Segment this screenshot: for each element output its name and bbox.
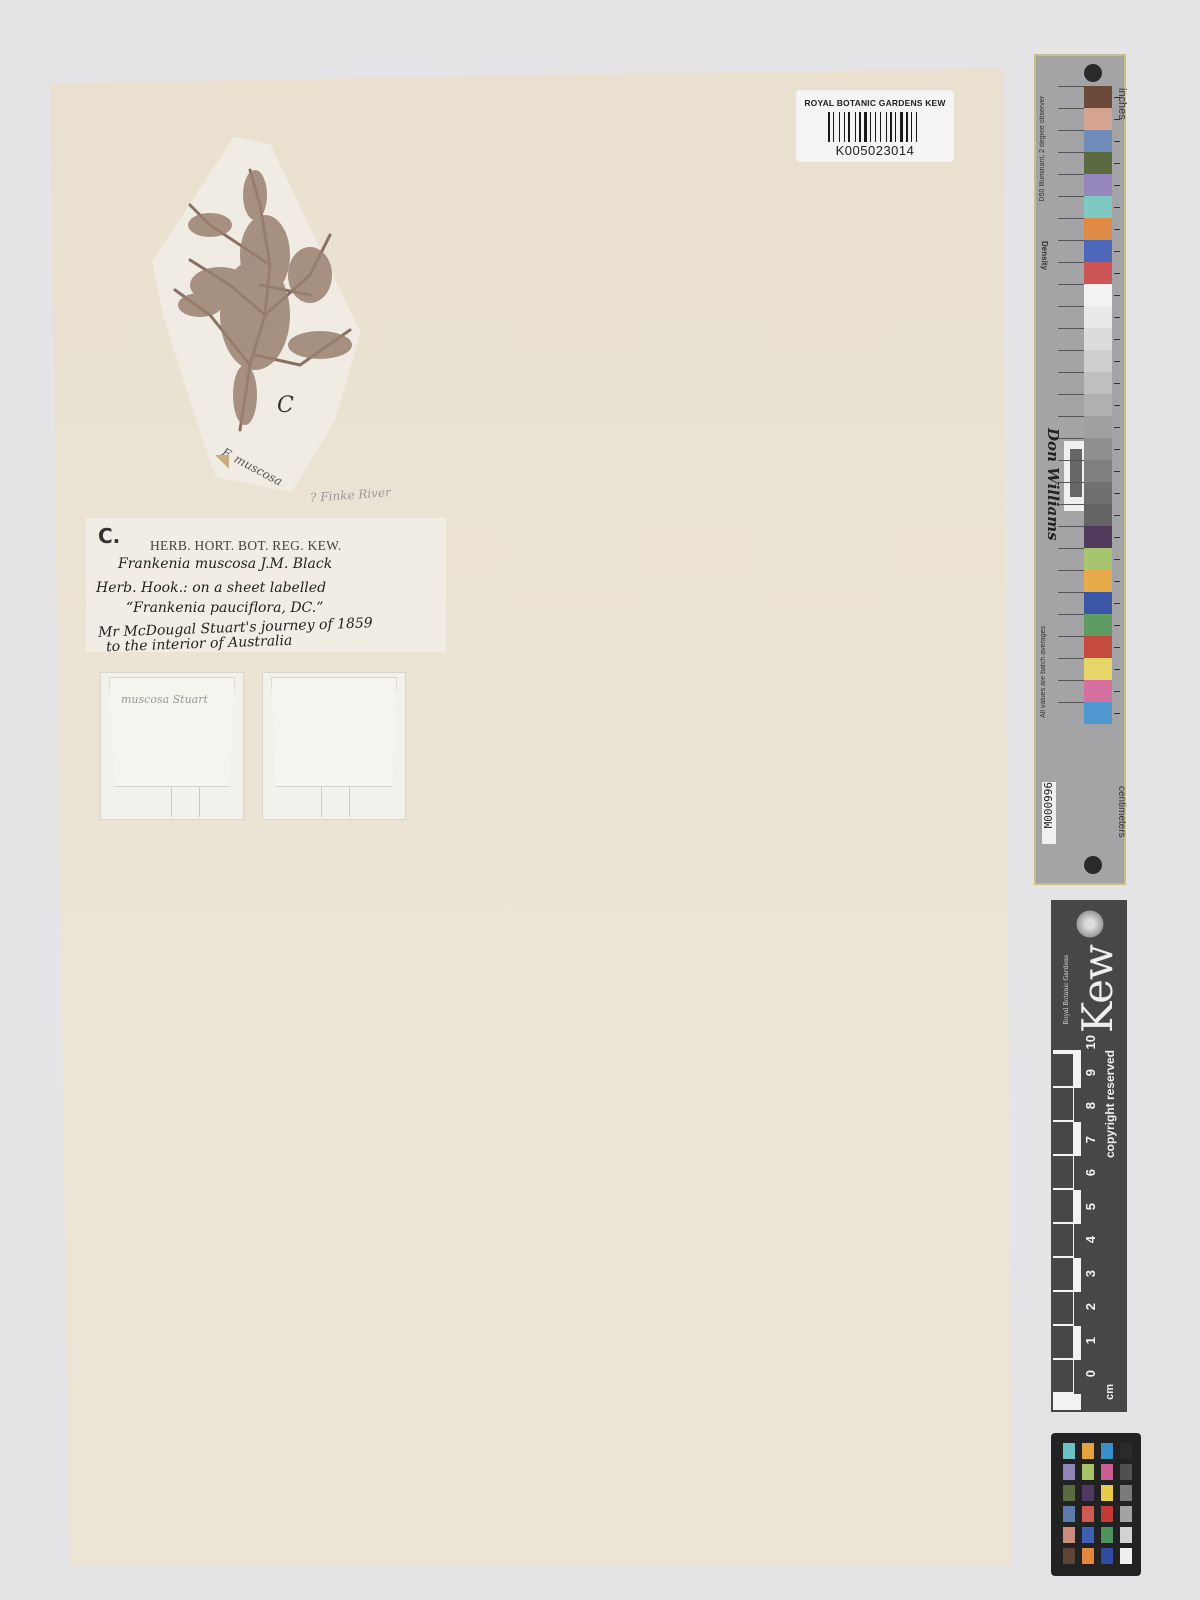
- ruler-tick: [1114, 295, 1120, 296]
- scale-block: [1074, 1360, 1081, 1394]
- ruler-grid-row: [1058, 306, 1084, 329]
- ruler-grid-row: [1058, 438, 1084, 461]
- checker-patch: [1101, 1485, 1113, 1501]
- colour-swatch: [1084, 174, 1112, 196]
- colour-swatch: [1084, 284, 1112, 306]
- packet-note: muscosa Stuart: [121, 693, 208, 706]
- checker-patch: [1101, 1506, 1113, 1522]
- ruler-hole: [1084, 856, 1102, 874]
- ruler-grid-row: [1058, 460, 1084, 483]
- ruler-grid-row: [1058, 702, 1084, 725]
- scale-number: 8: [1083, 1102, 1098, 1109]
- ruler-tick: [1114, 493, 1120, 494]
- ruler-grid-row: [1058, 196, 1084, 219]
- ruler-grid-row: [1058, 372, 1084, 395]
- colour-swatch: [1084, 680, 1112, 702]
- ruler-grid-row: [1058, 394, 1084, 417]
- cm-scale: [1053, 1050, 1081, 1410]
- scale-block: [1053, 1360, 1073, 1392]
- checker-patch: [1082, 1464, 1094, 1480]
- ruler-tick: [1114, 141, 1120, 142]
- scale-number: 7: [1083, 1136, 1098, 1143]
- ruler-grid-row: [1058, 504, 1084, 527]
- label-line: Frankenia muscosa J.M. Black: [118, 556, 332, 572]
- institution-name: ROYAL BOTANIC GARDENS KEW: [796, 98, 954, 108]
- ruler-grid-row: [1058, 328, 1084, 351]
- scale-block: [1053, 1258, 1073, 1290]
- ruler-tick: [1114, 251, 1120, 252]
- scale-block: [1053, 1224, 1073, 1256]
- label-header: HERB. HORT. BOT. REG. KEW.: [150, 538, 342, 554]
- scale-block: [1053, 1054, 1073, 1086]
- colour-swatch: [1084, 592, 1112, 614]
- fragment-packet[interactable]: [262, 672, 406, 820]
- kew-logo: Kew: [1073, 945, 1122, 1033]
- barcode-label: ROYAL BOTANIC GARDENS KEW K005023014: [796, 90, 954, 162]
- colour-ruler: inches centimeters D50 Illuminant, 2 deg…: [1034, 54, 1126, 885]
- ruler-tick: [1114, 559, 1120, 560]
- ruler-tick: [1114, 449, 1120, 450]
- scale-block: [1053, 1156, 1073, 1188]
- ruler-grid-row: [1058, 240, 1084, 263]
- colour-swatch: [1084, 394, 1112, 416]
- ruler-grid-row: [1058, 152, 1084, 175]
- colour-swatch: [1084, 152, 1112, 174]
- inches-label: inches: [1116, 88, 1128, 120]
- checker-patch: [1082, 1443, 1094, 1459]
- ruler-grid-row: [1058, 350, 1084, 373]
- packet-fold: [171, 787, 172, 817]
- scale-block: [1053, 1122, 1073, 1154]
- observer-note: D50 Illuminant, 2 degree observer: [1039, 96, 1046, 201]
- checker-patch: [1120, 1443, 1132, 1459]
- ruler-grid-row: [1058, 218, 1084, 241]
- checker-patch: [1063, 1485, 1075, 1501]
- ruler-tick: [1114, 581, 1120, 582]
- ruler-tick: [1114, 669, 1120, 670]
- plant-specimen: [170, 165, 360, 435]
- scale-block: [1074, 1088, 1081, 1122]
- ruler-tick: [1114, 603, 1120, 604]
- checker-patch: [1063, 1527, 1075, 1543]
- colour-swatch: [1084, 240, 1112, 262]
- colour-swatch: [1084, 482, 1112, 504]
- checker-patch: [1082, 1506, 1094, 1522]
- ruler-tick: [1114, 647, 1120, 648]
- ruler-tick: [1114, 471, 1120, 472]
- colour-swatch: [1084, 614, 1112, 636]
- ruler-tick: [1114, 185, 1120, 186]
- scale-number: 9: [1083, 1069, 1098, 1076]
- ruler-id: M000996: [1042, 782, 1055, 828]
- colour-swatch: [1084, 460, 1112, 482]
- scale-block: [1074, 1292, 1081, 1326]
- packet-fold: [349, 787, 350, 817]
- ruler-grid-row: [1058, 262, 1084, 285]
- scale-number: 10: [1083, 1035, 1098, 1049]
- scale-block: [1053, 1326, 1073, 1358]
- ruler-grid-row: [1058, 680, 1084, 703]
- checker-patch: [1120, 1485, 1132, 1501]
- colour-swatch: [1084, 328, 1112, 350]
- checker-patch: [1063, 1506, 1075, 1522]
- ruler-tick: [1114, 625, 1120, 626]
- ruler-tick: [1114, 383, 1120, 384]
- ruler-grid-row: [1058, 130, 1084, 153]
- checker-patch: [1120, 1527, 1132, 1543]
- scale-number: 1: [1083, 1337, 1098, 1344]
- scale-block: [1074, 1156, 1081, 1190]
- ruler-grid-row: [1058, 548, 1084, 571]
- colour-swatch: [1084, 262, 1112, 284]
- scale-number: 2: [1083, 1303, 1098, 1310]
- corner-tab: [215, 455, 229, 469]
- checker-patch: [1063, 1443, 1075, 1459]
- colour-swatch: [1084, 702, 1112, 724]
- ruler-tick: [1114, 713, 1120, 714]
- checker-patch: [1082, 1527, 1094, 1543]
- ruler-tick: [1114, 207, 1120, 208]
- checker-patch: [1120, 1464, 1132, 1480]
- ruler-grid-row: [1058, 570, 1084, 593]
- colour-swatch: [1084, 196, 1112, 218]
- ruler-grid-row: [1058, 416, 1084, 439]
- checker-patch: [1063, 1548, 1075, 1564]
- colour-swatch: [1084, 218, 1112, 240]
- colour-swatch: [1084, 372, 1112, 394]
- ruler-grid-row: [1058, 108, 1084, 131]
- ruler-tick: [1114, 97, 1120, 98]
- unit-label: cm: [1104, 1384, 1116, 1400]
- label-line: Herb. Hook.: on a sheet labelled: [96, 580, 326, 596]
- checker-patch: [1101, 1464, 1113, 1480]
- ruler-tick: [1114, 273, 1120, 274]
- centimeters-label: centimeters: [1116, 786, 1127, 838]
- values-note: All values are batch averages: [1040, 626, 1047, 718]
- checker-patch: [1120, 1548, 1132, 1564]
- density-label: Density: [1040, 241, 1049, 270]
- packet-fold: [199, 787, 200, 817]
- colour-swatch: [1084, 306, 1112, 328]
- ruler-grid-row: [1058, 614, 1084, 637]
- colour-swatch: [1084, 350, 1112, 372]
- scale-number: 3: [1083, 1270, 1098, 1277]
- colour-swatch: [1084, 658, 1112, 680]
- scale-block: [1074, 1224, 1081, 1258]
- ruler-tick: [1114, 537, 1120, 538]
- barcode: [804, 112, 946, 142]
- scale-number: 4: [1083, 1236, 1098, 1243]
- ruler-tick: [1114, 317, 1120, 318]
- checker-patch: [1101, 1443, 1113, 1459]
- ruler-grid-row: [1058, 526, 1084, 549]
- ruler-tick: [1114, 405, 1120, 406]
- colour-swatch: [1084, 570, 1112, 592]
- ruler-tick: [1114, 427, 1120, 428]
- scale-number: 5: [1083, 1203, 1098, 1210]
- colour-checker: [1051, 1433, 1141, 1576]
- scale-block: [1053, 1190, 1073, 1222]
- ruler-grid-row: [1058, 482, 1084, 505]
- packet-fold: [321, 787, 322, 817]
- label-line: “Frankenia pauciflora, DC.”: [126, 600, 323, 616]
- checker-patch: [1063, 1464, 1075, 1480]
- checker-patch: [1101, 1548, 1113, 1564]
- colour-swatch: [1084, 636, 1112, 658]
- colour-swatch: [1084, 548, 1112, 570]
- colour-swatch: [1084, 108, 1112, 130]
- determination-label: C. HERB. HORT. BOT. REG. KEW. Frankenia …: [86, 518, 446, 652]
- ruler-grid-row: [1058, 86, 1084, 109]
- checker-patch: [1101, 1527, 1113, 1543]
- ruler-grid-row: [1058, 174, 1084, 197]
- colour-swatch: [1084, 130, 1112, 152]
- ruler-tick: [1114, 119, 1120, 120]
- ruler-tick: [1114, 339, 1120, 340]
- checker-patch: [1082, 1548, 1094, 1564]
- fragment-packet[interactable]: muscosa Stuart: [100, 672, 244, 820]
- colour-swatch: [1084, 438, 1112, 460]
- ruler-tick: [1114, 691, 1120, 692]
- barcode-number: K005023014: [796, 143, 954, 158]
- label-letter: C.: [98, 524, 120, 548]
- ruler-hole: [1084, 64, 1102, 82]
- ruler-grid-row: [1058, 636, 1084, 659]
- ruler-tick: [1114, 163, 1120, 164]
- ruler-tick: [1114, 515, 1120, 516]
- scale-number: 6: [1083, 1169, 1098, 1176]
- kew-subtitle: Royal Botanic Gardens: [1063, 955, 1070, 1025]
- copyright-text: copyright reserved: [1103, 1050, 1117, 1158]
- colour-swatch: [1084, 504, 1112, 526]
- scale-number: 0: [1083, 1370, 1098, 1377]
- kew-crest-icon: [1073, 910, 1107, 938]
- ruler-grid-row: [1058, 592, 1084, 615]
- colour-swatch: [1084, 526, 1112, 548]
- specimen-mark: C: [277, 393, 294, 418]
- checker-patch: [1120, 1506, 1132, 1522]
- kew-scale-ruler: Kew Royal Botanic Gardens copyright rese…: [1051, 900, 1127, 1412]
- packet-flap[interactable]: [271, 677, 397, 787]
- colour-swatch: [1084, 416, 1112, 438]
- scale-block: [1053, 1292, 1073, 1324]
- ruler-grid-row: [1058, 284, 1084, 307]
- checker-patch: [1082, 1485, 1094, 1501]
- scale-block: [1053, 1088, 1073, 1120]
- ruler-tick: [1114, 361, 1120, 362]
- ruler-grid-row: [1058, 658, 1084, 681]
- ruler-tick: [1114, 229, 1120, 230]
- colour-swatch: [1084, 86, 1112, 108]
